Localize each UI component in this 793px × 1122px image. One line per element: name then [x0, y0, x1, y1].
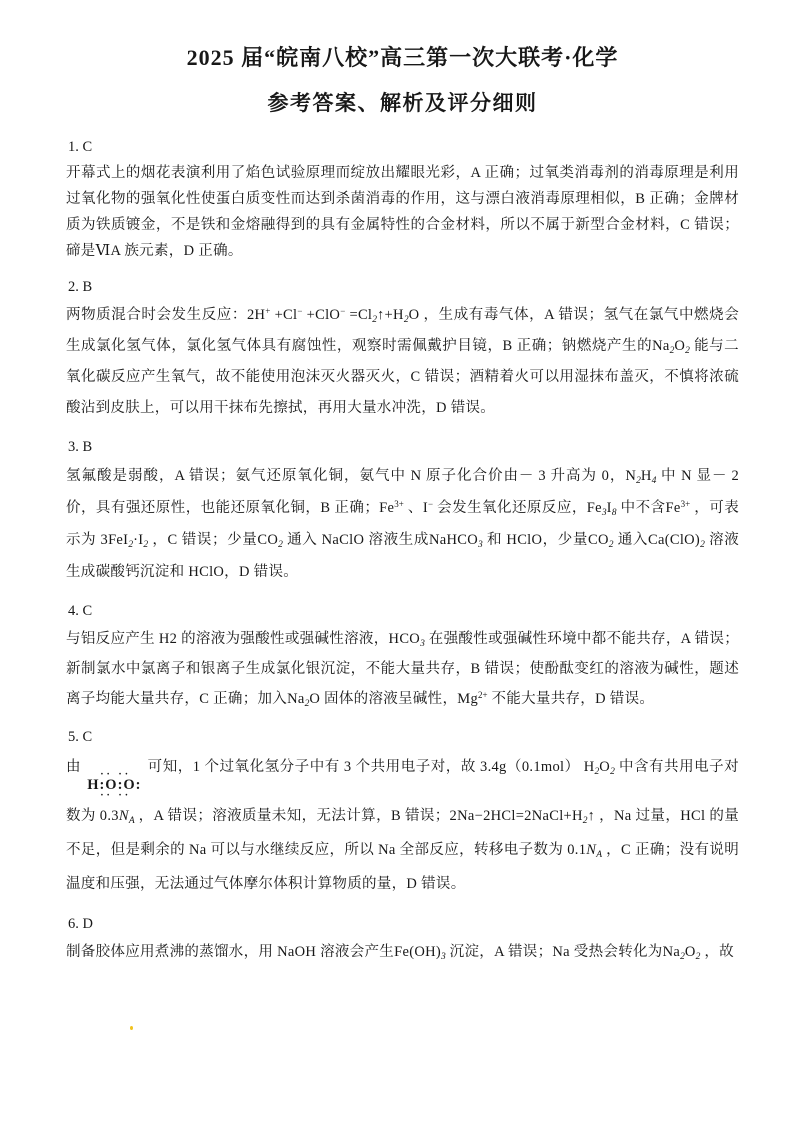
answer-item: 2. B 两物质混合时会发生反应：2H+ +Cl− +ClO− =Cl2↑+H2… [66, 264, 739, 424]
answer-explanation: 两物质混合时会发生反应：2H+ +Cl− +ClO− =Cl2↑+H2O ，生成… [66, 300, 739, 424]
answer-item: 5. C 由 ·· ··H:O:O:·· ·· 可知，1 个过氧化氢分子中有 3… [66, 714, 739, 901]
answer-label: 5. C [68, 726, 739, 748]
lewis-structure-h2o2: ·· ··H:O:O:·· ·· [87, 772, 141, 799]
answer-label: 3. B [68, 436, 739, 458]
answer-label: 2. B [68, 276, 739, 298]
answer-explanation: 制备胶体应用煮沸的蒸馏水，用 NaOH 溶液会产生Fe(OH)3 沉淀，A 错误… [66, 937, 739, 967]
scan-artifact-dot [130, 1026, 133, 1030]
answer-explanation: 与铝反应产生 H2 的溶液为强酸性或强碱性溶液，HCO3 在强酸性或强碱性环境中… [66, 624, 739, 714]
answer-explanation: 开幕式上的烟花表演利用了焰色试验原理而绽放出耀眼光彩，A 正确；过氧类消毒剂的消… [66, 160, 739, 264]
answers-list: 1. C 开幕式上的烟花表演利用了焰色试验原理而绽放出耀眼光彩，A 正确；过氧类… [66, 136, 739, 967]
answer-label: 4. C [68, 600, 739, 622]
answer-item: 6. D 制备胶体应用煮沸的蒸馏水，用 NaOH 溶液会产生Fe(OH)3 沉淀… [66, 901, 739, 967]
answer-label: 6. D [68, 913, 739, 935]
doc-title: 2025 届“皖南八校”高三第一次大联考·化学 [66, 44, 739, 72]
answer-item: 4. C 与铝反应产生 H2 的溶液为强酸性或强碱性溶液，HCO3 在强酸性或强… [66, 588, 739, 714]
lewis-dots-row: ·· ·· [87, 793, 131, 799]
answer-item: 3. B 氢氟酸是弱酸，A 错误；氨气还原氧化铜，氨气中 N 原子化合价由－ 3… [66, 424, 739, 588]
doc-subtitle: 参考答案、解析及评分细则 [66, 90, 739, 116]
answer-explanation: 由 ·· ··H:O:O:·· ·· 可知，1 个过氧化氢分子中有 3 个共用电… [66, 750, 739, 901]
answer-label: 1. C [68, 136, 739, 158]
page: 2025 届“皖南八校”高三第一次大联考·化学 参考答案、解析及评分细则 1. … [0, 0, 793, 967]
answer-item: 1. C 开幕式上的烟花表演利用了焰色试验原理而绽放出耀眼光彩，A 正确；过氧类… [66, 136, 739, 264]
answer-explanation: 氢氟酸是弱酸，A 错误；氨气还原氧化铜，氨气中 N 原子化合价由－ 3 升高为 … [66, 460, 739, 588]
